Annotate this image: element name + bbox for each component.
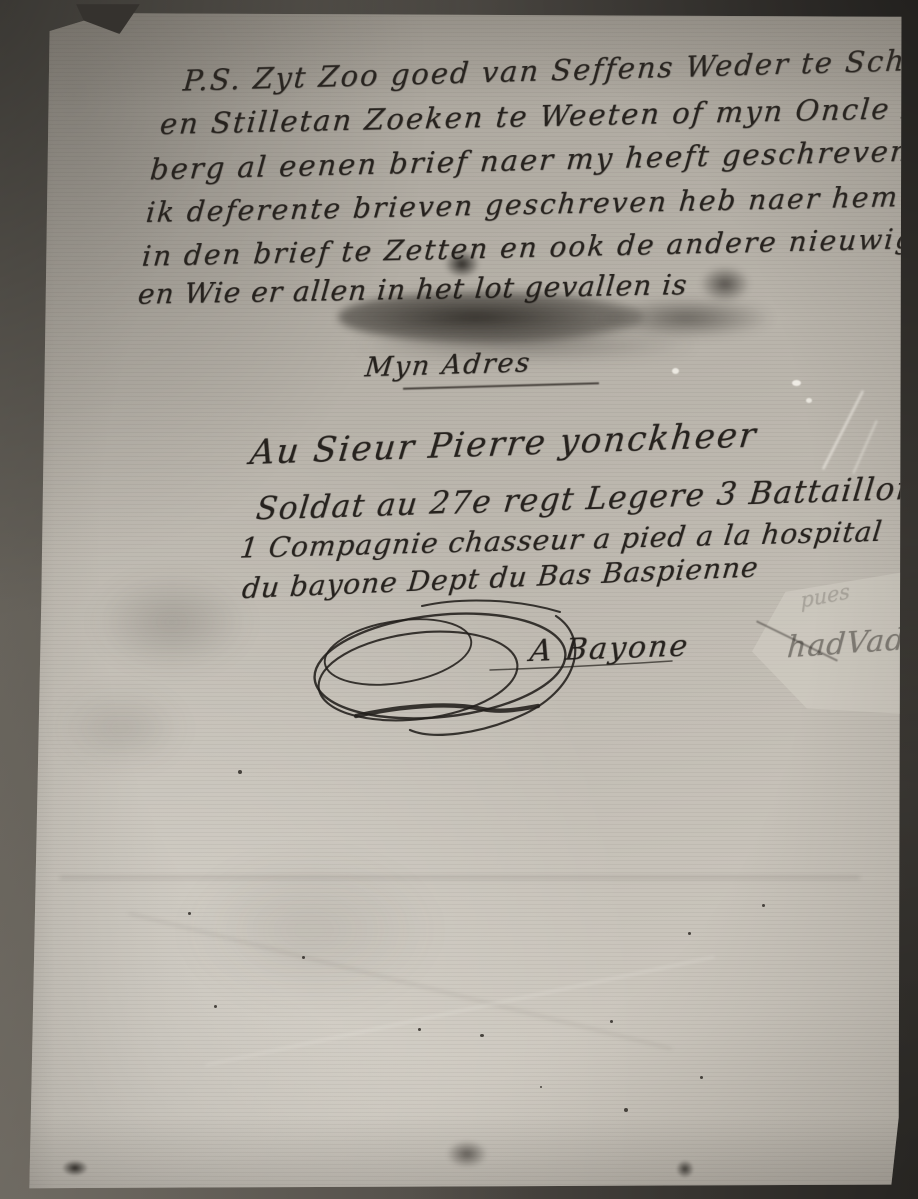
crease-highlight <box>822 390 864 469</box>
postscript-line: P.S. Zyt Zoo goed van Seffens Weder te S… <box>182 40 918 97</box>
ink-blot <box>446 1140 488 1168</box>
signature-flourish <box>290 592 710 757</box>
crease-highlight <box>852 420 877 474</box>
ink-smear-tail <box>598 298 773 338</box>
ink-blot <box>676 1160 694 1178</box>
postscript-line: in den brief te Zetten en ook de andere … <box>141 220 918 273</box>
white-speck <box>806 398 812 403</box>
white-speck <box>792 380 801 386</box>
ink-blot <box>62 1160 88 1176</box>
postscript-line: ik deferente brieven geschreven heb naer… <box>145 178 918 229</box>
edge-note-faint: pues <box>800 579 851 613</box>
address-heading: Myn Adres <box>363 347 533 383</box>
letter-paper: P.S. Zyt Zoo goed van Seffens Weder te S… <box>0 0 918 1199</box>
photograph-of-letter: P.S. Zyt Zoo goed van Seffens Weder te S… <box>0 0 918 1199</box>
crease-shadow <box>205 956 714 1066</box>
faint-stain <box>180 850 440 1010</box>
faint-stain <box>92 572 252 672</box>
heading-underline <box>403 382 599 389</box>
postscript-line: en Stilletan Zoeken te Weeten of myn Onc… <box>159 89 918 141</box>
postscript-line: berg al eenen brief naer my heeft geschr… <box>149 132 918 187</box>
faint-stain <box>56 688 186 768</box>
crease-shadow <box>60 876 860 879</box>
postscript-line: en Wie er allen in het lot gevallen is <box>137 268 689 311</box>
white-speck <box>672 368 679 374</box>
ink-blot <box>700 266 750 302</box>
crease-shadow <box>128 912 672 1049</box>
address-line: Au Sieur Pierre yonckheer <box>248 415 759 473</box>
